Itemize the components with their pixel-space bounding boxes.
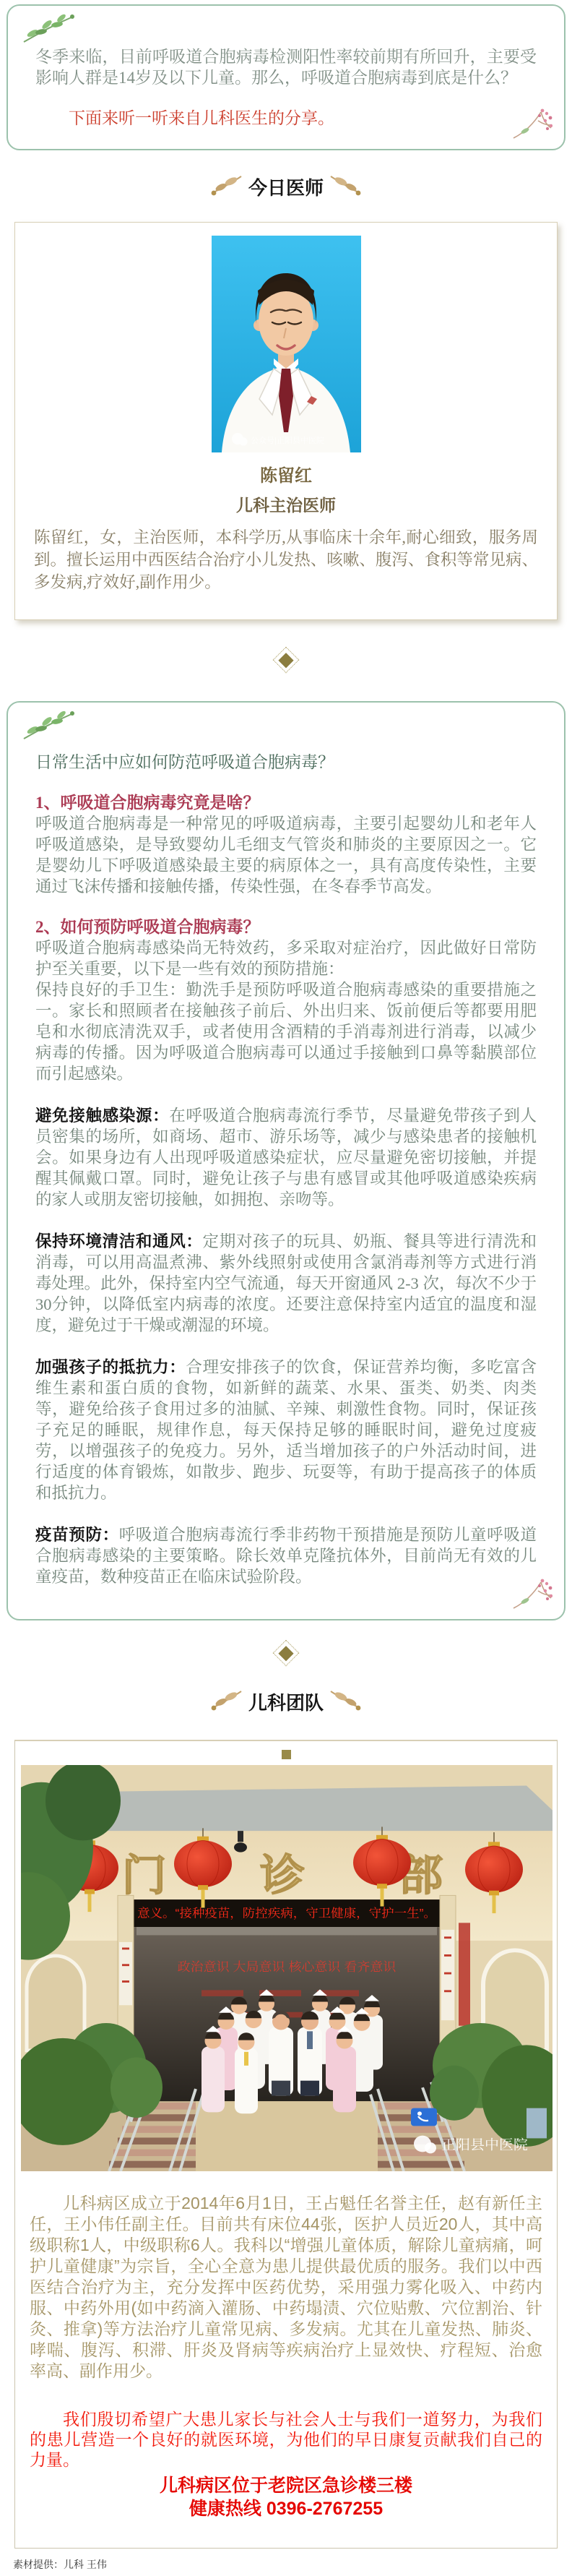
team-card: 门 诊 部 意义。“接种疫苗，防控疾病，守卫健康，守护一生”。 政治意识 大局意… xyxy=(14,1740,558,2549)
share-line: 下面来听一听来自儿科医生的分享。 xyxy=(35,108,537,129)
prevention-intro-paragraph: 呼吸道合胞病毒感染尚无特效药，多采取对症治疗，因此做好日常防护至关重要，以下是一… xyxy=(35,937,537,979)
leaf-branch-icon xyxy=(19,710,76,745)
team-hotline-line: 健康热线 0396-2767255 xyxy=(30,2497,542,2520)
accessible-sign xyxy=(411,2108,437,2126)
section-header-doctor: 今日医师 xyxy=(0,172,572,202)
entrance-banner-text: 政治意识 大局意识 核心意识 看齐意识 xyxy=(178,1959,396,1973)
led-sign-text: 意义。“接种疫苗，防控疾病，守卫健康，守护一生”。 xyxy=(137,1907,436,1920)
flower-spray-icon xyxy=(511,106,552,143)
item-text: 合理安排孩子的饮食，保证营养均衡，多吃富含维生素和蛋白质的食物，如新鲜的蔬菜、水… xyxy=(35,1358,537,1502)
doctor-name: 陈留红 xyxy=(30,461,542,486)
gold-sprig-right-icon xyxy=(329,172,363,202)
intro-box: 冬季来临，目前呼吸道合胞病毒检测阳性率较前期有所回升，主要受影响人群是14岁及以… xyxy=(6,4,565,150)
prevention-item: 疫苗预防：呼吸道合胞病毒流行季非药物干预措施是预防儿童呼吸道合胞病毒感染的主要策… xyxy=(35,1524,537,1587)
gold-square-decor xyxy=(282,1750,291,1759)
doctor-section-title: 今日医师 xyxy=(248,173,324,200)
section-header-team: 儿科团队 xyxy=(0,1687,572,1717)
item-lead: 疫苗预防： xyxy=(35,1526,119,1544)
item-lead: 避免接触感染源： xyxy=(35,1107,169,1125)
svg-text:正阳县中医院: 正阳县中医院 xyxy=(441,2137,528,2152)
prevention-item: 避免接触感染源：在呼吸道合胞病毒流行季节，尽量避免带孩子到人员密集的场所，如商场… xyxy=(35,1105,537,1210)
leaf-branch-icon xyxy=(19,13,76,48)
rsv-description-paragraph: 呼吸道合胞病毒是一种常见的呼吸道病毒，主要引起婴幼儿和老年人呼吸道感染，是导致婴… xyxy=(35,813,537,897)
diamond-icon xyxy=(278,1645,293,1660)
left-arch-window xyxy=(27,1956,84,2051)
team-photo[interactable]: 门 诊 部 意义。“接种疫苗，防控疾病，守卫健康，守护一生”。 政治意识 大局意… xyxy=(21,1765,552,2171)
diamond-icon xyxy=(278,652,293,667)
subheading-how-to-prevent: 2、如何预防呼吸道合胞病毒？ xyxy=(35,916,537,937)
item-lead: 加强孩子的抵抗力： xyxy=(35,1358,186,1376)
team-section-title: 儿科团队 xyxy=(248,1688,324,1715)
doctor-bio: 陈留红，女，主治医师，本科学历,从事临床十余年,耐心细致，服务周到。擅长运用中西… xyxy=(34,526,538,593)
prevention-item: 保持环境清洁和通风：定期对孩子的玩具、奶瓶、餐具等进行清洗和消毒，可以用高温煮沸… xyxy=(35,1231,537,1336)
team-text-block: 儿科病区成立于2014年6月1日，王占魁任名誉主任，赵有新任主任，王小伟任副主任… xyxy=(21,2193,551,2520)
doctor-photo[interactable]: 公众号|正阳县中医院 xyxy=(212,236,361,452)
cart xyxy=(526,2108,547,2139)
gold-sprig-left-icon xyxy=(209,1687,243,1717)
svg-text:公众号|正阳县中医院: 公众号|正阳县中医院 xyxy=(251,435,324,445)
hand-hygiene-paragraph: 保持良好的手卫生：勤洗手是预防呼吸道合胞病毒感染的重要措施之一。家长和照顾者在接… xyxy=(35,979,537,1084)
prevention-box: 日常生活中应如何防范呼吸道合胞病毒？ 1、呼吸道合胞病毒究竟是啥？ 呼吸道合胞病… xyxy=(6,701,565,1620)
diamond-divider xyxy=(273,1640,300,1667)
doctor-title: 儿科主治医师 xyxy=(30,492,542,516)
question-heading: 日常生活中应如何防范呼吸道合胞病毒？ xyxy=(35,752,537,773)
team-location-line: 儿科病区位于老院区急诊楼三楼 xyxy=(30,2474,542,2497)
item-lead: 保持环境清洁和通风： xyxy=(35,1232,203,1250)
team-intro-paragraph: 儿科病区成立于2014年6月1日，王占魁任名誉主任，赵有新任主任，王小伟任副主任… xyxy=(30,2193,542,2382)
gold-sprig-right-icon xyxy=(329,1687,363,1717)
flower-spray-icon xyxy=(511,1576,552,1613)
article-page: { "intro": { "p1": "冬季来临，目前呼吸道合胞病毒检测阳性率较… xyxy=(0,4,572,2572)
intro-paragraph: 冬季来临，目前呼吸道合胞病毒检测阳性率较前期有所回升，主要受影响人群是14岁及以… xyxy=(35,46,537,88)
team-appeal-paragraph: 我们殷切希望广大患儿家长与社会人士与我们一道努力，为我们的患儿营造一个良好的就医… xyxy=(30,2409,542,2470)
footer-credit: 素材提供：儿科 王伟 xyxy=(13,2557,572,2572)
prevention-item: 加强孩子的抵抗力：合理安排孩子的饮食，保证营养均衡，多吃富含维生素和蛋白质的食物… xyxy=(35,1357,537,1503)
doctor-card: 公众号|正阳县中医院 陈留红 儿科主治医师 陈留红，女，主治医师，本科学历,从事… xyxy=(14,222,558,620)
subheading-what-is-rsv: 1、呼吸道合胞病毒究竟是啥？ xyxy=(35,792,537,813)
gold-sprig-left-icon xyxy=(209,172,243,202)
diamond-divider xyxy=(273,647,300,674)
red-banner xyxy=(459,1923,470,2025)
